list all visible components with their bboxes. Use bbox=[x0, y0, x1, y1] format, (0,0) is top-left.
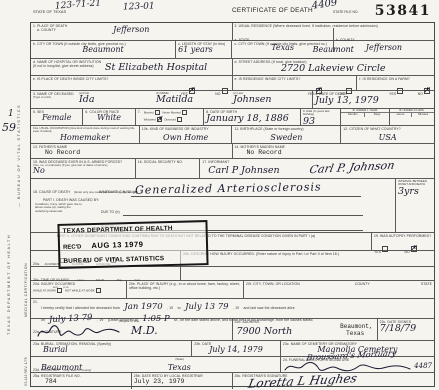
field-injury-location: 20f. CITY, TOWN, OR LOCATION COUNTY STAT… bbox=[244, 281, 434, 298]
field-funeral-director-signature: 24. FUNERAL DIRECTOR'S SIGNATURE Broussa… bbox=[281, 357, 434, 372]
field-label: 11. BIRTHPLACE (State or foreign country… bbox=[234, 127, 338, 131]
form-row: e. IS PLACE OF DEATH INSIDE CITY LIMITS?… bbox=[31, 76, 434, 91]
certify-text: to bbox=[178, 306, 181, 310]
margin-dept-text: TEXAS DEPARTMENT OF HEALTH bbox=[6, 150, 11, 335]
immediate-cause-label: IMMEDIATE CAUSE (a) bbox=[99, 190, 137, 194]
field-interval-onset-death: INTERVAL BETWEEN ONSET AND DEATH 3yrs bbox=[396, 179, 434, 232]
certificate-form: 1. PLACE OF DEATH a. COUNTY Jefferson 2.… bbox=[30, 22, 435, 387]
field-length-of-stay: c. LENGTH OF STAY (In this) 61 years bbox=[176, 41, 232, 58]
form-row: 1. PLACE OF DEATH a. COUNTY Jefferson 2.… bbox=[31, 23, 434, 41]
field-injury-occurred: 20d. INJURY OCCURRED WHILE AT WORK NOT W… bbox=[31, 281, 127, 298]
field-burial-type: 23a. BURIAL, CREMATION, REMOVAL (Specify… bbox=[31, 341, 192, 356]
margin-bureau-text: — BUREAU OF VITAL STATISTICS bbox=[16, 52, 21, 207]
field-date-signed: 22c. DATE SIGNED 7/18/79 bbox=[378, 319, 434, 340]
handwritten-code-1: 123-71-21 bbox=[55, 0, 102, 12]
field-name-of-deceased: 3. NAME OF DECEASED (Type or print) (a) … bbox=[31, 91, 313, 108]
registrar-file-value: 784 bbox=[45, 378, 129, 385]
field-residence-on-farm: f. IS RESIDENCE ON A FARM? YES NO✗ bbox=[357, 76, 434, 90]
not-while-at-work-checkbox bbox=[96, 288, 101, 293]
degree-value: M.D. bbox=[131, 325, 158, 336]
stamp-line1: TEXAS DEPARTMENT OF HEALTH bbox=[63, 224, 203, 235]
field-citizen: 12. CITIZEN OF WHAT COUNTRY? USA bbox=[341, 126, 434, 143]
form-row: 22a. SIGNATURE (Degree or title) M.D. 22… bbox=[31, 319, 434, 341]
date-of-death-value: July 13, 1979 bbox=[315, 96, 432, 106]
accident-label: ACCIDENT bbox=[44, 262, 59, 266]
sex-value: Female bbox=[33, 114, 80, 122]
field-race: 6. COLOR OR RACE White bbox=[83, 109, 135, 125]
field-marital-status: 7. Married Never Married Widowed✗ Divorc… bbox=[136, 109, 205, 125]
months-label: Months bbox=[341, 113, 365, 116]
received-stamp: TEXAS DEPARTMENT OF HEALTH REC'D AUG 13 … bbox=[57, 220, 208, 269]
field-burial-date: 23b. DATE July 14, 1979 bbox=[192, 341, 281, 356]
field-residence-city: c. CITY OR TOWN (If outside city limits,… bbox=[232, 41, 434, 58]
field-autopsy: 19. WAS AUTOPSY PERFORMED? YES NO✗ bbox=[372, 233, 434, 250]
form-row: 21. I hereby certify that I attended the… bbox=[31, 299, 434, 319]
field-label: d. NAME OF HOSPITAL OR INSTITUTION (If n… bbox=[33, 60, 103, 68]
never-married-label: Never Married bbox=[162, 110, 180, 114]
rule-line bbox=[123, 215, 363, 216]
father-name-value: No Record bbox=[45, 149, 230, 156]
field-label: 20d. INJURY OCCURRED bbox=[33, 282, 124, 286]
field-sublabel: (Type or print) bbox=[33, 96, 79, 99]
serial-number: 53841 bbox=[375, 3, 431, 19]
occupation-value: Homemaker bbox=[33, 134, 137, 142]
widowed-checkbox: ✗ bbox=[157, 117, 162, 122]
field-label: e. IS PLACE OF DEATH INSIDE CITY LIMITS? bbox=[33, 77, 230, 81]
armed-forces-value: No bbox=[33, 167, 133, 175]
field-label: f. IS RESIDENCE ON A FARM? bbox=[359, 77, 432, 81]
state-label: STATE bbox=[395, 282, 432, 297]
attended-from-value: Jan 1970 bbox=[124, 302, 162, 312]
hospital-value: St Elizabeth Hospital bbox=[105, 63, 230, 73]
mother-maiden-name-value: No Record bbox=[247, 149, 433, 156]
field-place-of-injury: 20e. PLACE OF INJURY (e.g., in or about … bbox=[127, 281, 244, 298]
mortuary-number: 4487 bbox=[414, 363, 432, 370]
field-mother-maiden-name: 14. MOTHER'S MAIDEN NAME No Record bbox=[233, 144, 435, 158]
field-label: 16. SOCIAL SECURITY NO. bbox=[138, 160, 197, 164]
burial-city-value: Beaumont bbox=[41, 364, 82, 372]
state-sublabel: (State) bbox=[175, 358, 184, 361]
margin-form-number: VS-112 REV. 1/78 bbox=[24, 330, 28, 386]
physician-signature bbox=[35, 324, 123, 340]
field-burial-location: 23d. LOCATION (City, town, or county) (S… bbox=[31, 357, 281, 372]
length-of-stay-value: 61 years bbox=[178, 46, 229, 54]
form-row: 23d. LOCATION (City, town, or county) (S… bbox=[31, 357, 434, 373]
checkbox-mark: ✗ bbox=[157, 115, 163, 123]
field-label: 10b. KIND OF BUSINESS OR INDUSTRY bbox=[142, 127, 230, 131]
field-city-of-death: b. CITY OR TOWN (If outside city limits,… bbox=[31, 41, 176, 58]
field-hospital: d. NAME OF HOSPITAL OR INSTITUTION (If n… bbox=[31, 59, 233, 75]
field-if-under-24-hrs: IF UNDER 24 HRS. Hours Minutes bbox=[390, 109, 434, 125]
while-at-work-label: WHILE AT WORK bbox=[33, 288, 56, 292]
field-time-of-injury-blank bbox=[181, 267, 434, 280]
first-name-value: Ida bbox=[79, 95, 156, 105]
field-death-inside-city-limits: e. IS PLACE OF DEATH INSIDE CITY LIMITS?… bbox=[31, 76, 233, 90]
handwritten-code-2: 123-01 bbox=[123, 2, 155, 12]
form-row: 13. FATHER'S NAME No Record 14. MOTHER'S… bbox=[31, 144, 434, 159]
days-label: Days bbox=[365, 113, 388, 116]
burial-date-value: July 14, 1979 bbox=[194, 346, 278, 354]
field-sex: 5. SEX Female bbox=[31, 109, 83, 125]
date-received-value: July 23, 1979 bbox=[134, 378, 230, 385]
death-certificate-scan: STATE OF TEXAS 123-71-21 123-01 CERTIFIC… bbox=[0, 0, 439, 390]
margin-handwritten-1: 1 bbox=[8, 110, 14, 119]
divorced-label: Divorced bbox=[164, 117, 175, 121]
residence-city-value: Beaumont bbox=[234, 46, 432, 54]
degree-label: (Degree or title) bbox=[119, 320, 139, 323]
field-date-of-death: 4. DATE OF DEATH July 13, 1979 bbox=[313, 91, 434, 108]
field-label: 20b. DESCRIBE HOW INJURY OCCURRED. (Ente… bbox=[183, 252, 432, 256]
form-row: b. CITY OR TOWN (If outside city limits,… bbox=[31, 41, 434, 59]
field-physician-address: 22b. ADDRESS 7900 North Beaumont, Texas bbox=[233, 319, 378, 340]
race-value: White bbox=[85, 114, 132, 122]
field-father-name: 13. FATHER'S NAME No Record bbox=[31, 144, 233, 158]
state-file-no-label: STATE FILE NO. bbox=[333, 10, 359, 14]
married-label: Married bbox=[144, 110, 154, 114]
certify-text: , 19 bbox=[233, 306, 239, 310]
field-residence-inside-city-limits: e. IS RESIDENCE INSIDE CITY LIMITS? YES✗… bbox=[233, 76, 358, 90]
field-label: 20a. bbox=[33, 262, 40, 266]
interval-value: 3yrs bbox=[398, 187, 432, 197]
form-row: d. NAME OF HOSPITAL OR INSTITUTION (If n… bbox=[31, 59, 434, 76]
form-row: 15. WAS DECEASED EVER IN U.S. ARMED FORC… bbox=[31, 159, 434, 179]
field-label: 18. CAUSE OF DEATH bbox=[33, 190, 70, 194]
minutes-label: Minutes bbox=[412, 113, 434, 116]
field-age: 9. AGE (In years last birthday) 93 bbox=[301, 109, 341, 125]
rule-line bbox=[131, 196, 361, 197]
certify-text: and last saw the deceased alive bbox=[244, 306, 295, 310]
citizen-value: USA bbox=[343, 134, 432, 142]
stamp-line3: BUREAU OF VITAL STATISTICS bbox=[63, 254, 203, 265]
field-registrar-signature: 25c. REGISTRAR'S SIGNATURE Loretta L Hug… bbox=[233, 373, 435, 389]
county-label: COUNTY bbox=[330, 282, 395, 297]
date-of-birth-value: January 18, 1886 bbox=[206, 114, 298, 124]
field-usual-residence: 2. USUAL RESIDENCE (Where deceased lived… bbox=[233, 23, 435, 40]
field-birthplace: 11. BIRTHPLACE (State or foreign country… bbox=[232, 126, 341, 143]
form-row: 10a. USUAL OCCUPATION (Give kind of work… bbox=[31, 126, 434, 144]
age-value: 93 bbox=[303, 117, 338, 127]
street-address-value: 2720 Lakeview Circle bbox=[235, 64, 433, 74]
address-handwritten-value: 7900 North bbox=[237, 327, 293, 337]
field-registrar-file-no: 25a. REGISTRAR'S FILE NO. 784 bbox=[31, 373, 132, 389]
field-label: 7. bbox=[138, 110, 141, 114]
informant-value: Carl P Johnsen bbox=[208, 166, 279, 176]
burial-type-value: Burial bbox=[43, 346, 189, 354]
field-if-under-1-year: IF UNDER 1 YEAR Months Days bbox=[341, 109, 389, 125]
part1-label: PART I. DEATH WAS CAUSED BY: bbox=[43, 198, 393, 202]
form-row: 25a. REGISTRAR'S FILE NO. 784 25b. DATE … bbox=[31, 373, 434, 389]
while-at-work-checkbox bbox=[57, 288, 62, 293]
field-place-of-death-county: 1. PLACE OF DEATH a. COUNTY Jefferson bbox=[31, 23, 233, 40]
field-street-address: d. STREET ADDRESS (If rural, give locati… bbox=[233, 59, 435, 75]
address-city-value: Beaumont, bbox=[340, 323, 372, 330]
field-certification-statement: 21. I hereby certify that I attended the… bbox=[31, 299, 434, 318]
field-label: 20e. PLACE OF INJURY (e.g., in or about … bbox=[129, 282, 241, 290]
field-date-of-birth: 8. DATE OF BIRTH January 18, 1886 bbox=[204, 109, 301, 125]
field-label: e. IS RESIDENCE INSIDE CITY LIMITS? bbox=[235, 77, 355, 81]
city-of-death-value: Beaumont bbox=[33, 46, 173, 54]
field-informant: 17. INFORMANT Carl P Johnsen Carl P. Joh… bbox=[200, 159, 434, 178]
not-while-at-work-label: NOT WHILE AT WORK bbox=[65, 288, 95, 292]
divorced-checkbox bbox=[177, 117, 182, 122]
field-label: 19. WAS AUTOPSY PERFORMED? bbox=[374, 234, 432, 238]
certificate-title: CERTIFICATE OF DEATH bbox=[232, 7, 313, 14]
attended-to-value: July 13 79 bbox=[185, 302, 228, 312]
hours-label: Hours bbox=[390, 113, 413, 116]
certify-text: I hereby certify that I attended the dec… bbox=[41, 306, 120, 310]
field-social-security-no: 16. SOCIAL SECURITY NO. bbox=[136, 159, 200, 178]
immediate-cause-value: Generalized Arteriosclerosis bbox=[135, 181, 322, 195]
form-row: 3. NAME OF DECEASED (Type or print) (a) … bbox=[31, 91, 434, 109]
item-number: 21. bbox=[33, 300, 38, 304]
middle-name-value: Matilda bbox=[156, 95, 233, 105]
stamp-recd-label: REC'D bbox=[63, 244, 82, 250]
form-row: 5. SEX Female 6. COLOR OR RACE White 7. … bbox=[31, 109, 434, 126]
never-married-checkbox bbox=[182, 110, 187, 115]
field-label: 12. CITIZEN OF WHAT COUNTRY? bbox=[343, 127, 432, 131]
address-state-value: Texas bbox=[346, 330, 372, 337]
widowed-label: Widowed bbox=[144, 117, 156, 121]
stamp-date: AUG 13 1979 bbox=[91, 240, 143, 250]
burial-state-value: Texas bbox=[168, 364, 191, 372]
date-signed-value: 7/18/79 bbox=[380, 324, 432, 334]
field-time-of-injury: 20c. TIME OF INJURY Hour Month Day Year … bbox=[31, 267, 181, 280]
field-business: 10b. KIND OF BUSINESS OR INDUSTRY Own Ho… bbox=[140, 126, 233, 143]
field-armed-forces: 15. WAS DECEASED EVER IN U.S. ARMED FORC… bbox=[31, 159, 136, 178]
birthplace-value: Sweden bbox=[234, 134, 338, 142]
last-name-value: Johnsen bbox=[233, 95, 310, 105]
field-label: 20f. CITY, TOWN, OR LOCATION bbox=[246, 282, 330, 297]
field-describe-injury: 20b. DESCRIBE HOW INJURY OCCURRED. (Ente… bbox=[181, 251, 434, 266]
field-physician-signature: 22a. SIGNATURE (Degree or title) M.D. bbox=[31, 319, 233, 340]
field-occupation: 10a. USUAL OCCUPATION (Give kind of work… bbox=[31, 126, 140, 143]
due-to-b-label: DUE TO (b) bbox=[101, 210, 120, 214]
margin-medical-certification-text: MEDICAL CERTIFICATION bbox=[24, 205, 28, 317]
margin-handwritten-59: 59 bbox=[2, 122, 16, 133]
field-date-received: 25b. DATE REC'D BY LOCAL REGISTRAR July … bbox=[132, 373, 233, 389]
business-value: Own Home bbox=[142, 134, 230, 142]
form-row: 20c. TIME OF INJURY Hour Month Day Year … bbox=[31, 267, 434, 281]
conditions-note: Conditions, if any, which gave rise to a… bbox=[35, 203, 83, 213]
